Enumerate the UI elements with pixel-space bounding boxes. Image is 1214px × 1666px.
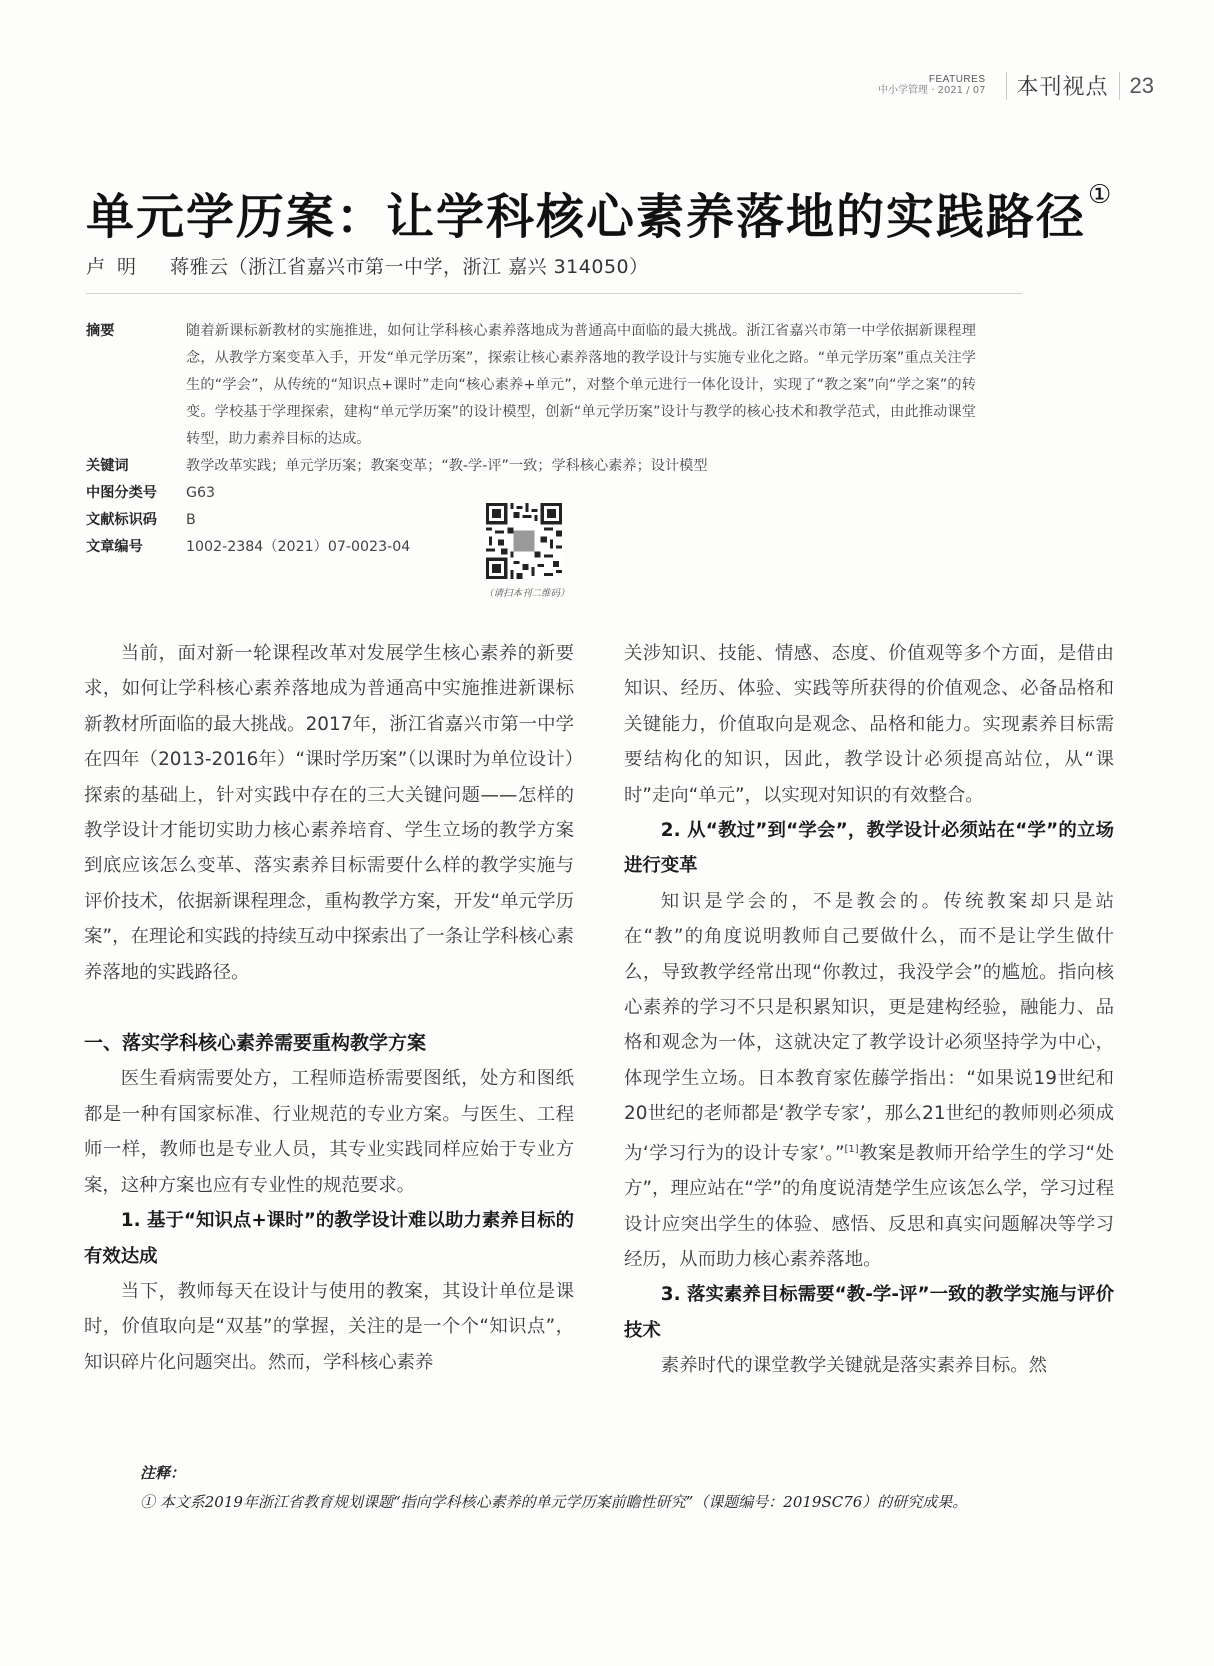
- article-title: 单元学历案：让学科核心素养落地的实践路径①: [86, 178, 1113, 247]
- clc-value: G63: [186, 480, 1022, 507]
- features-label: FEATURES: [878, 75, 985, 86]
- journal-meta: FEATURES 中小学管理 · 2021 / 07: [878, 75, 985, 96]
- body-column-left: 当前，面对新一轮课程改革对发展学生核心素养的新要求，如何让学科核心素养落地成为普…: [84, 636, 574, 1380]
- author-1: 卢明: [86, 256, 148, 278]
- subsection-heading-1: 1. 基于“知识点+课时”的教学设计难以助力素养目标的有效达成: [84, 1203, 574, 1274]
- meta-label: 关键词: [86, 453, 186, 480]
- citation-ref[interactable]: [1]: [845, 1144, 859, 1155]
- doc-code-value: B: [186, 507, 1022, 534]
- paragraph: 素养时代的课堂教学关键就是落实素养目标。然: [624, 1348, 1114, 1383]
- footnotes-heading: 注释：: [140, 1462, 1116, 1483]
- title-footnote-mark[interactable]: ①: [1088, 180, 1113, 210]
- footnote-1: ① 本文系2019年浙江省教育规划课题“指向学科核心素养的单元学历案前瞻性研究”…: [96, 1487, 1116, 1517]
- paragraph: 当下，教师每天在设计与使用的教案，其设计单位是课时，价值取向是“双基”的掌握，关…: [84, 1274, 574, 1380]
- header-divider: [1006, 72, 1007, 100]
- subsection-heading-2: 2. 从“教过”到“学会”，教学设计必须站在“学”的立场进行变革: [624, 813, 1114, 884]
- qr-code-block: （请扫本刊二维码）: [484, 503, 564, 599]
- footnotes: 注释： ① 本文系2019年浙江省教育规划课题“指向学科核心素养的单元学历案前瞻…: [96, 1462, 1116, 1517]
- paragraph: 医生看病需要处方，工程师造桥需要图纸，处方和图纸都是一种有国家标准、行业规范的专…: [84, 1061, 574, 1203]
- header-divider: [1119, 72, 1120, 100]
- abstract-row: 摘要 随着新课标新教材的实施推进，如何让学科核心素养落地成为普通高中面临的最大挑…: [86, 318, 1022, 453]
- qr-code-icon[interactable]: [486, 503, 562, 579]
- section-heading-1: 一、落实学科核心素养需要重构教学方案: [84, 1026, 574, 1061]
- body-column-right: 关涉知识、技能、情感、态度、价值观等多个方面，是借由知识、经历、体验、实践等所获…: [624, 636, 1114, 1384]
- running-header: FEATURES 中小学管理 · 2021 / 07 本刊视点 23: [878, 70, 1154, 101]
- author-2-affiliation: 蒋雅云（浙江省嘉兴市第一中学，浙江 嘉兴 314050）: [170, 256, 649, 278]
- paragraph-with-citation: 知识是学会的，不是教会的。传统教案却只是站在“教”的角度说明教师自己要做什么，而…: [624, 884, 1114, 1278]
- page-number: 23: [1130, 73, 1154, 99]
- meta-label: 文章编号: [86, 534, 186, 561]
- abstract-label: 摘要: [86, 318, 186, 453]
- article-no-value: 1002-2384（2021）07-0023-04: [186, 534, 1022, 561]
- section-name: 本刊视点: [1017, 70, 1109, 101]
- title-text: 单元学历案：让学科核心素养落地的实践路径: [86, 189, 1086, 245]
- paragraph: 关涉知识、技能、情感、态度、价值观等多个方面，是借由知识、经历、体验、实践等所获…: [624, 636, 1114, 813]
- meta-label: 中图分类号: [86, 480, 186, 507]
- qr-caption: （请扫本刊二维码）: [484, 585, 564, 599]
- meta-label: 文献标识码: [86, 507, 186, 534]
- title-rule: [86, 293, 1022, 294]
- subsection-heading-3: 3. 落实素养目标需要“教-学-评”一致的教学实施与评价技术: [624, 1277, 1114, 1348]
- authors-line: 卢明蒋雅云（浙江省嘉兴市第一中学，浙江 嘉兴 314050）: [86, 252, 649, 279]
- paragraph-text: 知识是学会的，不是教会的。传统教案却只是站在“教”的角度说明教师自己要做什么，而…: [624, 891, 1114, 1164]
- keywords-row: 关键词 教学改革实践；单元学历案；教案变革；“教-学-评”一致；学科核心素养；设…: [86, 453, 1022, 480]
- abstract-text: 随着新课标新教材的实施推进，如何让学科核心素养落地成为普通高中面临的最大挑战。浙…: [186, 318, 1022, 453]
- keywords-value: 教学改革实践；单元学历案；教案变革；“教-学-评”一致；学科核心素养；设计模型: [186, 453, 1022, 480]
- paragraph: 当前，面对新一轮课程改革对发展学生核心素养的新要求，如何让学科核心素养落地成为普…: [84, 636, 574, 990]
- journal-issue: 中小学管理 · 2021 / 07: [878, 86, 985, 97]
